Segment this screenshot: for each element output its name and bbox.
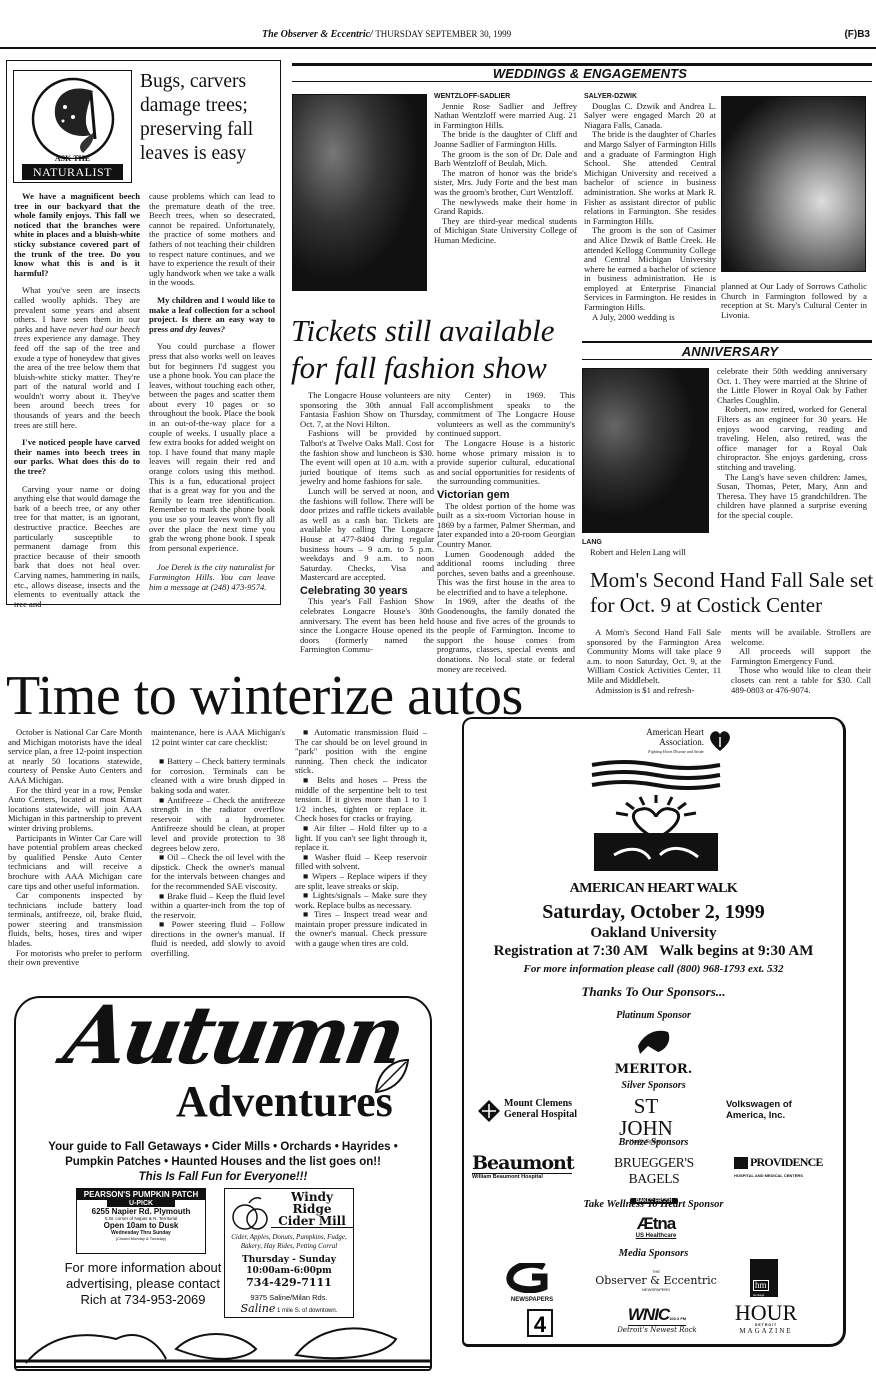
answer-2-part2: cause problems which can lead to the pre… bbox=[149, 192, 275, 288]
autumn-adventures-ad[interactable]: Autumn Adventures Your guide to Fall Get… bbox=[14, 996, 432, 1371]
weddings-section-title: WEDDINGS & ENGAGEMENTS bbox=[470, 66, 710, 81]
bronze-sponsor-providence: PROVIDENCE HOSPITAL AND MEDICAL CENTERS bbox=[734, 1155, 834, 1178]
anniversary-top-rule bbox=[720, 340, 872, 343]
newspapers-logo-icon bbox=[504, 1263, 560, 1293]
platinum-label: Platinum Sponsor bbox=[464, 1010, 843, 1021]
wentzloff-announcement: WENTZLOFF-SADLIER Jennie Rose Sadlier an… bbox=[434, 92, 577, 246]
autos-headline: Time to winterize autos bbox=[6, 666, 523, 726]
walk-date: Saturday, October 2, 1999 bbox=[464, 901, 843, 924]
question-3: My children and I would like to make a l… bbox=[149, 296, 275, 334]
lang-photo bbox=[582, 368, 709, 533]
masthead-rule bbox=[0, 47, 876, 49]
question-1: We have a magnificent beech tree in our … bbox=[14, 192, 140, 278]
svg-text:4: 4 bbox=[534, 1312, 547, 1337]
author-bio: Joe Derek is the city naturalist for Far… bbox=[149, 563, 275, 592]
media-sponsor-observer-eccentric: THE Observer & Eccentric NEWSPAPERS bbox=[590, 1269, 722, 1292]
salyer-photo bbox=[721, 96, 866, 272]
page-number: (F)B3 bbox=[844, 29, 870, 40]
weddings-bottom-rule bbox=[292, 81, 872, 82]
silver-sponsor-volkswagen: Volkswagen of America, Inc. bbox=[726, 1099, 806, 1121]
media-sponsor-newspapers: NEWSPAPERS bbox=[502, 1263, 562, 1303]
moms-sale-col2: ments will be available. Strollers are w… bbox=[731, 628, 871, 695]
walk-info-phone[interactable]: For more information please call (800) 9… bbox=[464, 963, 843, 975]
logo-bottom-text: NATURALIST bbox=[22, 164, 123, 180]
silver-sponsor-mount-clemens: Mount Clemens General Hospital bbox=[478, 1097, 588, 1127]
masthead: The Observer & Eccentric/ THURSDAY SEPTE… bbox=[0, 26, 876, 46]
pearson-pumpkin-ad[interactable]: PEARSON'S PUMPKIN PATCH U-PICK 6255 Napi… bbox=[76, 1188, 206, 1254]
autumn-leaves-illustration bbox=[16, 1299, 430, 1369]
fashion-headline: Tickets still available for fall fashion… bbox=[291, 312, 581, 386]
autos-col3: ■ Automatic transmission fluid – The car… bbox=[295, 728, 427, 949]
answer-2-part1: Carving your name or doing anything else… bbox=[14, 485, 140, 610]
sponsors-thanks: Thanks To Our Sponsors... bbox=[464, 984, 843, 1000]
wentzloff-photo bbox=[292, 94, 427, 291]
moms-sale-col1: A Mom's Second Hand Fall Sale sponsored … bbox=[587, 628, 721, 695]
naturalist-col1: We have a magnificent beech tree in our … bbox=[14, 192, 140, 609]
media-sponsor-hour-detroit: HOUR DETROIT MAGAZINE bbox=[734, 1303, 798, 1335]
media-sponsor-heritage: hm Heritage bbox=[750, 1259, 778, 1297]
naturalist-headline: Bugs, carvers damage trees; preserving f… bbox=[140, 70, 280, 166]
aha-logo: American Heart Association. Fighting Hea… bbox=[614, 727, 734, 757]
logo-top-text: ASK THE bbox=[14, 154, 131, 163]
meritor-bull-icon bbox=[634, 1026, 674, 1060]
fashion-subhead-1: Celebrating 30 years bbox=[300, 587, 434, 597]
autumn-title: Adventures bbox=[176, 1078, 393, 1126]
autumn-script-title: Autumn bbox=[58, 990, 408, 1080]
answer-3: You could purchase a flower press that a… bbox=[149, 342, 275, 553]
bronze-label: Bronze Sponsors bbox=[464, 1137, 843, 1148]
apple-icon bbox=[229, 1193, 271, 1235]
issue-date: THURSDAY SEPTEMBER 30, 1999 bbox=[375, 29, 511, 39]
walk-times: Registration at 7:30 AM Walk begins at 9… bbox=[464, 943, 843, 960]
autos-col1: October is National Car Care Month and M… bbox=[8, 728, 142, 968]
question-2: I've noticed people have carved their na… bbox=[14, 438, 140, 476]
fashion-subhead-2: Victorian gem bbox=[437, 491, 575, 501]
ask-naturalist-logo: ASK THE NATURALIST bbox=[13, 70, 132, 183]
media-sponsor-wnic: WNIC100.3 FM Detroit's Newest Rock bbox=[614, 1305, 700, 1334]
silver-label: Silver Sponsors bbox=[464, 1080, 843, 1091]
anniversary-section-title: ANNIVERSARY bbox=[640, 344, 820, 359]
heart-walk-logo bbox=[590, 759, 722, 879]
heart-walk-ad[interactable]: American Heart Association. Fighting Hea… bbox=[462, 717, 846, 1347]
channel-4-icon: 4 bbox=[520, 1304, 554, 1338]
walk-location: Oakland University bbox=[464, 925, 843, 942]
salyer-continued: planned at Our Lady of Sorrows Catholic … bbox=[721, 282, 867, 320]
butterfly-icon bbox=[15, 73, 131, 159]
answer-1: What you've seen are insects called wool… bbox=[14, 286, 140, 430]
wellness-label: Take Wellness To Heart Sponsor bbox=[464, 1199, 843, 1210]
media-label: Media Sponsors bbox=[464, 1248, 843, 1259]
paper-name: The Observer & Eccentric/ bbox=[262, 29, 373, 40]
lang-caption: LANG Robert and Helen Lang will bbox=[582, 538, 712, 557]
platinum-sponsor-meritor: MERITOR. bbox=[464, 1062, 843, 1077]
media-sponsor-channel-4: 4 bbox=[519, 1304, 555, 1338]
wellness-sponsor-aetna: Ætna US Healthcare bbox=[606, 1215, 706, 1239]
salyer-announcement: SALYER-DZWIK Douglas C. Dzwik and Andrea… bbox=[584, 92, 716, 322]
bronze-sponsor-beaumont: Beaumont William Beaumont Hospital bbox=[472, 1153, 572, 1180]
autumn-line2: Pumpkin Patches • Haunted Houses and the… bbox=[16, 1156, 430, 1168]
anniversary-top-rule-left bbox=[582, 341, 722, 343]
providence-icon bbox=[734, 1157, 748, 1169]
heart-walk-title: AMERICAN HEART WALK bbox=[464, 881, 843, 897]
heart-torch-icon bbox=[708, 727, 732, 753]
anniversary-bottom-rule bbox=[582, 359, 872, 360]
autumn-line3: This Is Fall Fun for Everyone!!! bbox=[16, 1171, 430, 1183]
anniversary-text: celebrate their 50th wedding anniversary… bbox=[717, 367, 867, 521]
fashion-col1: The Longacre House volunteers are sponso… bbox=[300, 391, 434, 655]
windy-ridge-phone[interactable]: 734-429-7111 bbox=[225, 1277, 353, 1288]
autos-col2: maintenance, here is AAA Michigan's 12 p… bbox=[151, 728, 285, 959]
mount-clemens-icon bbox=[478, 1100, 500, 1122]
autumn-line1: Your guide to Fall Getaways • Cider Mill… bbox=[16, 1141, 430, 1153]
fashion-col2: nity Center) in 1969. This accomplishmen… bbox=[437, 391, 575, 674]
moms-sale-headline: Mom's Second Hand Fall Sale set for Oct.… bbox=[590, 568, 875, 618]
naturalist-col2: cause problems which can lead to the pre… bbox=[149, 192, 275, 592]
